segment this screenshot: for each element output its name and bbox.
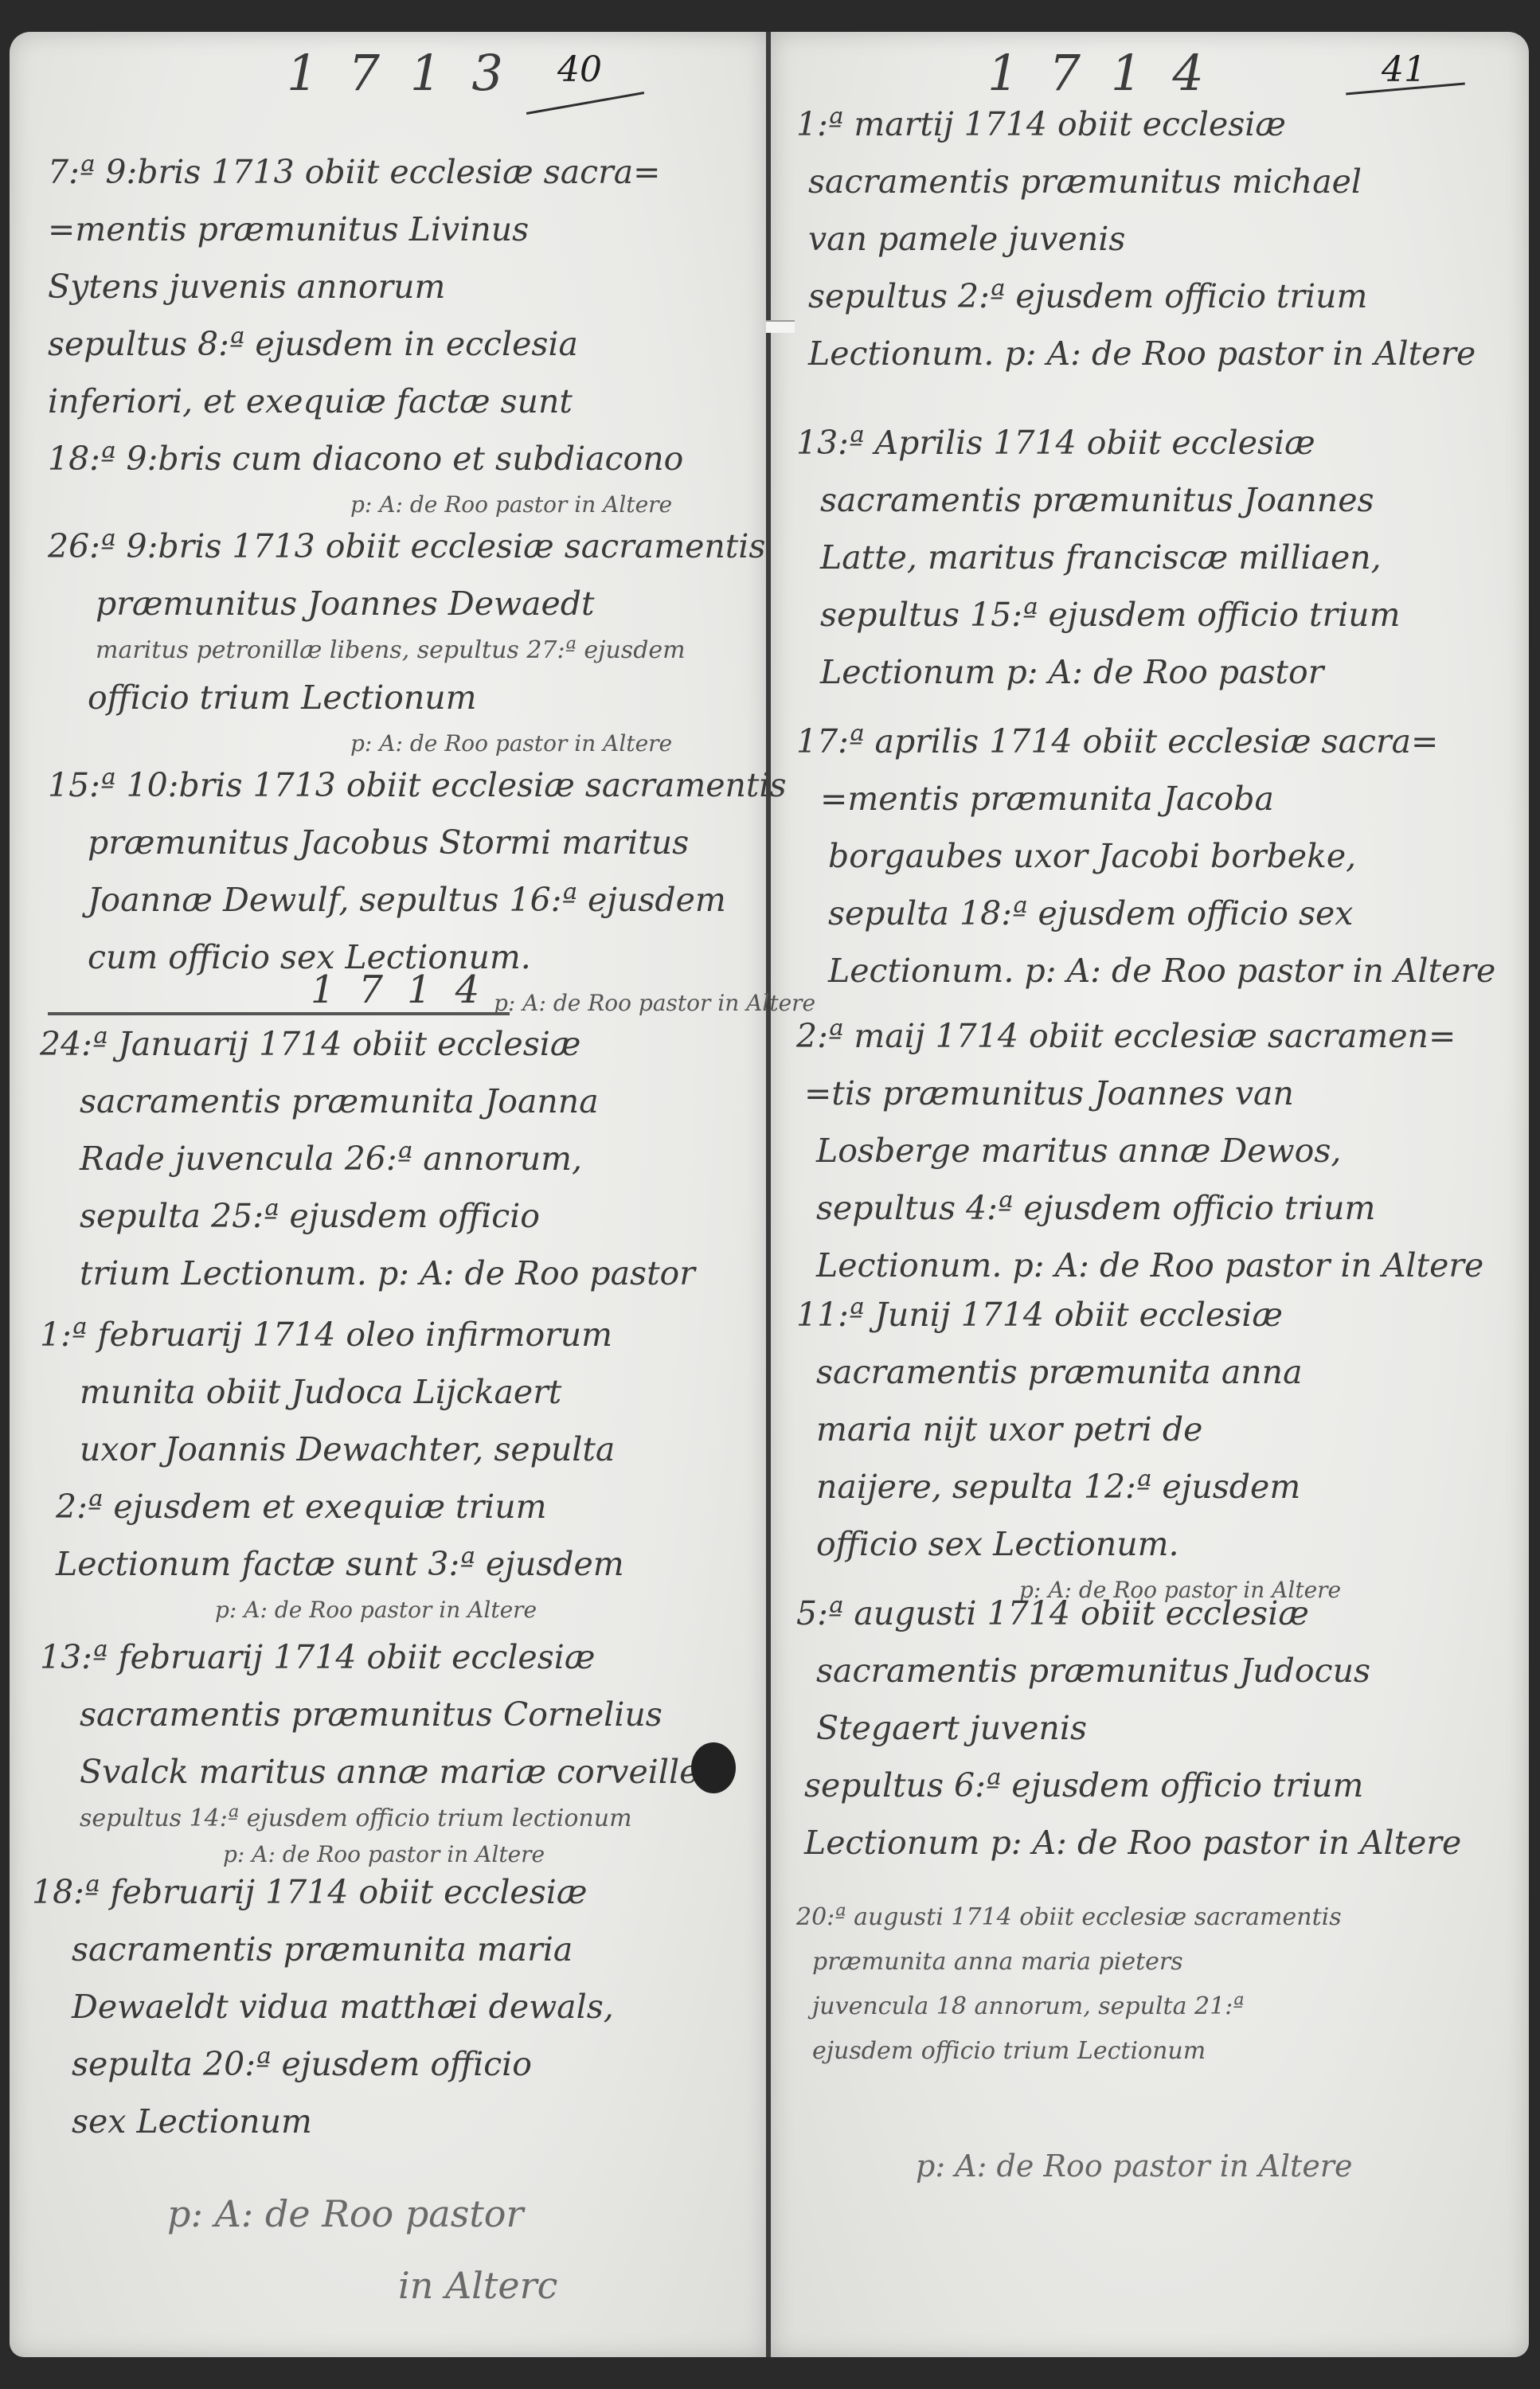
- register-entry: 17:ª aprilis 1714 obiit ecclesiæ sacra= …: [796, 713, 1505, 999]
- entry-line: sacramentis præmunitus Joannes: [796, 471, 1505, 529]
- entry-line: 15:ª 10:bris 1713 obiit ecclesiæ sacrame…: [48, 757, 756, 814]
- right-year-heading: 1714: [987, 44, 1234, 102]
- entry-line: præmunita anna maria pieters: [796, 1940, 1505, 1984]
- entry-line: trium Lectionum. p: A: de Roo pastor: [40, 1245, 749, 1302]
- entry-line: ejusdem officio trium Lectionum: [796, 2029, 1505, 2074]
- entry-line: sepulta 20:ª ejusdem officio: [32, 2035, 741, 2093]
- entry-line: munita obiit Judoca Lijckaert: [40, 1363, 749, 1421]
- entry-line: 20:ª augusti 1714 obiit ecclesiæ sacrame…: [796, 1895, 1505, 1940]
- entry-line: 7:ª 9:bris 1713 obiit ecclesiæ sacra=: [48, 143, 756, 201]
- entry-line: sepulta 18:ª ejusdem officio sex: [796, 885, 1505, 942]
- entry-line: Latte, maritus franciscæ milliaen,: [796, 529, 1505, 586]
- entry-line: 2:ª ejusdem et exequiæ trium: [40, 1478, 749, 1535]
- entry-line: officio sex Lectionum.: [796, 1515, 1505, 1573]
- book-gutter: [766, 32, 771, 2357]
- entry-line: sepultus 6:ª ejusdem officio trium: [796, 1757, 1505, 1814]
- entry-line: =mentis præmunitus Livinus: [48, 201, 756, 258]
- paper-fold-tab: [766, 320, 795, 333]
- entry-line: inferiori, et exequiæ factæ sunt: [48, 373, 756, 430]
- entry-line: van pamele juvenis: [796, 210, 1505, 268]
- entry-line: sacramentis præmunita anna: [796, 1343, 1505, 1401]
- entry-line: sepultus 14:ª ejusdem officio trium lect…: [40, 1801, 749, 1837]
- entry-line: 17:ª aprilis 1714 obiit ecclesiæ sacra=: [796, 713, 1505, 770]
- ink-blot: [691, 1742, 736, 1793]
- entry-line: sacramentis præmunitus Cornelius: [40, 1686, 749, 1743]
- entry-line: sacramentis præmunitus Judocus: [796, 1642, 1505, 1699]
- entry-line: naijere, sepulta 12:ª ejusdem: [796, 1458, 1505, 1515]
- register-entry: 5:ª augusti 1714 obiit ecclesiæ sacramen…: [796, 1585, 1505, 1871]
- entry-line: sepulta 25:ª ejusdem officio: [40, 1187, 749, 1245]
- left-folio-number: 40: [557, 49, 602, 90]
- entry-line: sex Lectionum: [32, 2093, 741, 2150]
- entry-line: Lectionum p: A: de Roo pastor in Altere: [796, 1814, 1505, 1871]
- entry-line: maritus petronillæ libens, sepultus 27:ª…: [48, 632, 756, 669]
- entry-line: maria nijt uxor petri de: [796, 1401, 1505, 1458]
- pastor-signature: p: A: de Roo pastor in Altere: [40, 1593, 749, 1628]
- entry-line: Svalck maritus annæ mariæ corveille,: [40, 1743, 749, 1801]
- entry-line: Dewaeldt vidua matthæi dewals,: [32, 1978, 741, 2035]
- entry-line: præmunitus Joannes Dewaedt: [48, 575, 756, 632]
- register-entry: 1:ª martij 1714 obiit ecclesiæ sacrament…: [796, 96, 1505, 382]
- entry-line: =mentis præmunita Jacoba: [796, 770, 1505, 827]
- register-entry: 24:ª Januarij 1714 obiit ecclesiæ sacram…: [40, 1015, 749, 1302]
- entry-line: Rade juvencula 26:ª annorum,: [40, 1130, 749, 1187]
- entry-line: Lectionum p: A: de Roo pastor: [796, 643, 1505, 701]
- entry-line: sacramentis præmunita maria: [32, 1921, 741, 1978]
- entry-line: Stegaert juvenis: [796, 1699, 1505, 1757]
- entry-line: 26:ª 9:bris 1713 obiit ecclesiæ sacramen…: [48, 518, 756, 575]
- entry-line: borgaubes uxor Jacobi borbeke,: [796, 827, 1505, 885]
- closing-signature-line: p: A: de Roo pastor in Altere: [796, 2142, 1505, 2190]
- entry-line: juvencula 18 annorum, sepulta 21:ª: [796, 1984, 1505, 2029]
- register-entry: 18:ª februarij 1714 obiit ecclesiæ sacra…: [32, 1863, 741, 2150]
- entry-line: Lectionum. p: A: de Roo pastor in Altere: [796, 942, 1505, 999]
- entry-line: 11:ª Junij 1714 obiit ecclesiæ: [796, 1286, 1505, 1343]
- entry-line: 1:ª februarij 1714 oleo infirmorum: [40, 1306, 749, 1363]
- register-entry: 11:ª Junij 1714 obiit ecclesiæ sacrament…: [796, 1286, 1505, 1608]
- left-year-heading: 1713: [287, 44, 534, 102]
- closing-signature-block: p: A: de Roo pastor in Alterc: [32, 2178, 741, 2321]
- mid-year-heading-row: 1714: [48, 968, 756, 1015]
- entry-line: officio trium Lectionum: [48, 669, 756, 726]
- entry-line: 24:ª Januarij 1714 obiit ecclesiæ: [40, 1015, 749, 1073]
- register-entry: 1:ª februarij 1714 oleo infirmorum munit…: [40, 1306, 749, 1628]
- entry-line: Lectionum factæ sunt 3:ª ejusdem: [40, 1535, 749, 1593]
- entry-line: 2:ª maij 1714 obiit ecclesiæ sacramen=: [796, 1007, 1505, 1065]
- entry-line: uxor Joannis Dewachter, sepulta: [40, 1421, 749, 1478]
- entry-line: sepultus 15:ª ejusdem officio trium: [796, 586, 1505, 643]
- entry-line: sepultus 8:ª ejusdem in ecclesia: [48, 315, 756, 373]
- entry-line: sacramentis præmunitus michael: [796, 153, 1505, 210]
- entry-line: Sytens juvenis annorum: [48, 258, 756, 315]
- closing-signature-line: p: A: de Roo pastor: [32, 2178, 741, 2250]
- entry-line: Losberge maritus annæ Dewos,: [796, 1122, 1505, 1179]
- register-entry: 7:ª 9:bris 1713 obiit ecclesiæ sacra= =m…: [48, 143, 756, 522]
- entry-line: Lectionum. p: A: de Roo pastor in Altere: [796, 325, 1505, 382]
- entry-line: Joannæ Dewulf, sepultus 16:ª ejusdem: [48, 871, 756, 929]
- mid-year-heading: 1714: [48, 968, 510, 1015]
- register-entry: 13:ª februarij 1714 obiit ecclesiæ sacra…: [40, 1629, 749, 1872]
- entry-line: 5:ª augusti 1714 obiit ecclesiæ: [796, 1585, 1505, 1642]
- entry-line: sepultus 2:ª ejusdem officio trium: [796, 268, 1505, 325]
- entry-line: 13:ª Aprilis 1714 obiit ecclesiæ: [796, 414, 1505, 471]
- closing-signature-line: in Alterc: [32, 2250, 741, 2321]
- right-folio-number: 41: [1382, 49, 1426, 90]
- closing-signature-block: p: A: de Roo pastor in Altere: [796, 2142, 1505, 2190]
- entry-line: =tis præmunitus Joannes van: [796, 1065, 1505, 1122]
- register-entry: 26:ª 9:bris 1713 obiit ecclesiæ sacramen…: [48, 518, 756, 761]
- entry-line: sacramentis præmunita Joanna: [40, 1073, 749, 1130]
- entry-line: 1:ª martij 1714 obiit ecclesiæ: [796, 96, 1505, 153]
- entry-line: præmunitus Jacobus Stormi maritus: [48, 814, 756, 871]
- entry-line: 18:ª 9:bris cum diacono et subdiacono: [48, 430, 756, 487]
- register-entry: 2:ª maij 1714 obiit ecclesiæ sacramen= =…: [796, 1007, 1505, 1294]
- entry-line: 18:ª februarij 1714 obiit ecclesiæ: [32, 1863, 741, 1921]
- entry-line: 13:ª februarij 1714 obiit ecclesiæ: [40, 1629, 749, 1686]
- entry-line: sepultus 4:ª ejusdem officio trium: [796, 1179, 1505, 1237]
- register-entry: 13:ª Aprilis 1714 obiit ecclesiæ sacrame…: [796, 414, 1505, 701]
- register-entry: 20:ª augusti 1714 obiit ecclesiæ sacrame…: [796, 1895, 1505, 2074]
